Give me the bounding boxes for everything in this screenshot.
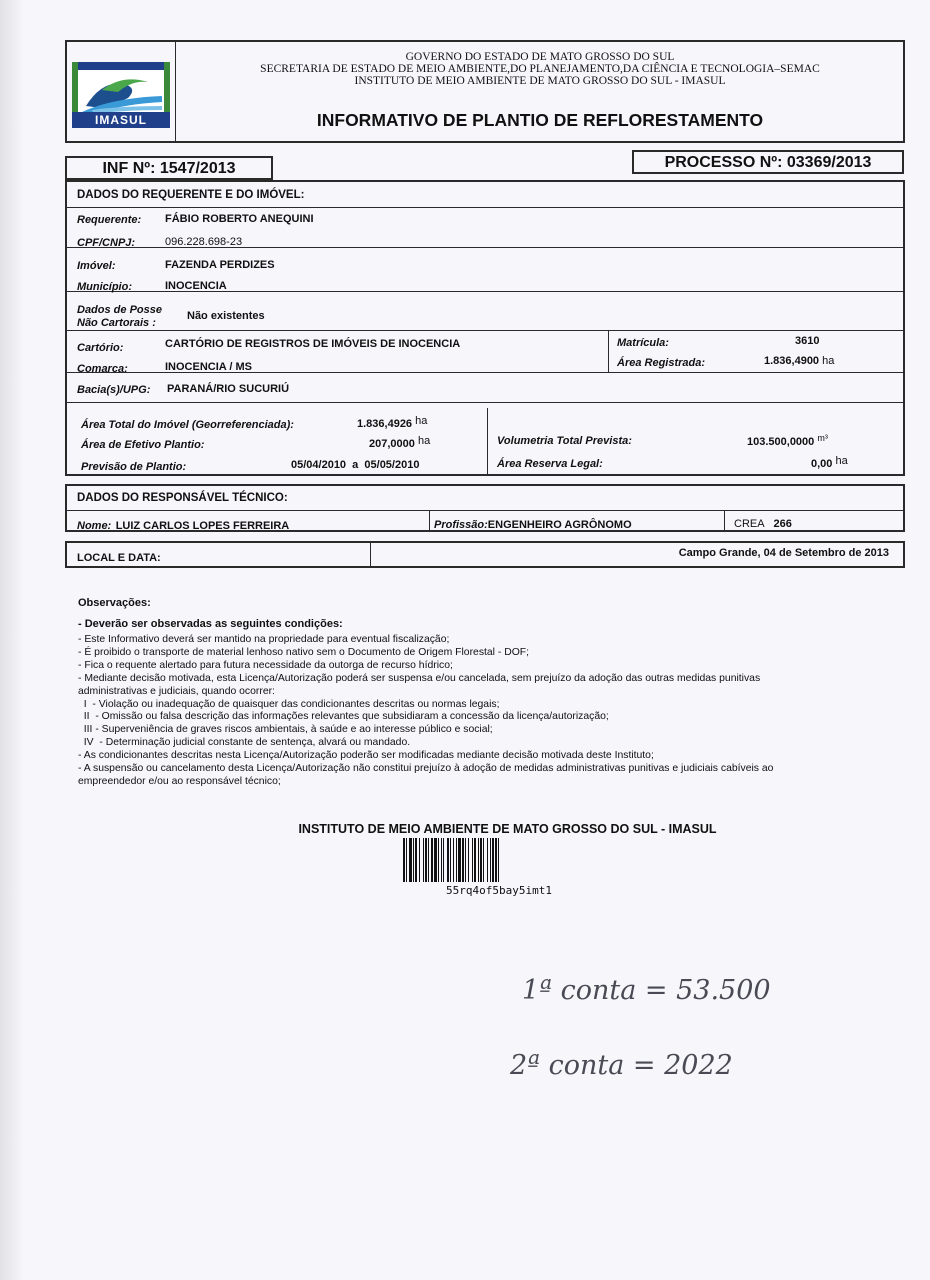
observacao-line: empreendedor e/ou ao responsável técnico… (78, 776, 281, 788)
imasul-logo-icon: IMASUL (72, 62, 170, 128)
profissao-label: Profissão: (434, 519, 488, 531)
nome-value: LUIZ CARLOS LOPES FERREIRA (116, 520, 290, 532)
observacao-line: - Este Informativo deverá ser mantido na… (78, 634, 449, 646)
imovel-value: FAZENDA PERDIZES (165, 259, 275, 271)
observacao-line: - A suspensão ou cancelamento desta Lice… (78, 763, 773, 775)
reserva-value: 0,00 (811, 458, 832, 470)
area-plantio-unit: ha (418, 435, 430, 447)
cpf-label: CPF/CNPJ: (77, 237, 135, 249)
bacia-value: PARANÁ/RIO SUCURIÚ (167, 383, 289, 395)
reserva-label: Área Reserva Legal: (497, 458, 603, 470)
observacao-line: - Mediante decisão motivada, esta Licenç… (78, 673, 760, 685)
requerente-table: DADOS DO REQUERENTE E DO IMÓVEL: Requere… (65, 180, 905, 476)
posse-label-2: Não Cartorais : (77, 317, 156, 329)
matricula-label: Matrícula: (617, 337, 669, 349)
previsao-value: 05/04/2010 a 05/05/2010 (291, 459, 419, 471)
area-registrada-value: 1.836,4900 (764, 355, 819, 367)
area-total-value: 1.836,4926 (357, 418, 412, 430)
previsao-label: Previsão de Plantio: (81, 461, 186, 473)
area-registrada-label: Área Registrada: (617, 357, 705, 369)
volumetria-value: 103.500,0000 (747, 436, 814, 448)
observacao-line: III - Superveniência de graves riscos am… (78, 724, 493, 736)
observacao-line: administrativas e judiciais, quando ocor… (78, 686, 275, 698)
observacao-line: I - Violação ou inadequação de quaisquer… (78, 699, 499, 711)
reserva-unit: ha (835, 455, 847, 467)
barcode-icon (403, 838, 595, 882)
area-total-label: Área Total do Imóvel (Georreferenciada): (81, 419, 294, 431)
observacao-line: - As condicionantes descritas nesta Lice… (78, 750, 654, 762)
local-data-label: LOCAL E DATA: (77, 552, 161, 564)
area-registrada-unit: ha (822, 355, 834, 367)
barcode-text: 55rq4of5bay5imt1 (403, 884, 595, 897)
handwritten-note-2: 2ª conta = 2022 (510, 1050, 733, 1081)
posse-value: Não existentes (187, 310, 265, 322)
area-total-unit: ha (415, 415, 427, 427)
document-title: INFORMATIVO DE PLANTIO DE REFLORESTAMENT… (175, 110, 905, 131)
volumetria-label: Volumetria Total Prevista: (497, 435, 632, 447)
municipio-label: Município: (77, 281, 132, 293)
section-heading-requerente: DADOS DO REQUERENTE E DO IMÓVEL: (77, 189, 304, 201)
handwritten-note-1: 1ª conta = 53.500 (522, 975, 771, 1006)
cartorio-value: CARTÓRIO DE REGISTROS DE IMÓVEIS DE INOC… (165, 338, 460, 350)
cartorio-label: Cartório: (77, 342, 123, 354)
crea-value: 266 (773, 518, 791, 530)
imovel-label: Imóvel: (77, 260, 116, 272)
institute-name: INSTITUTO DE MEIO AMBIENTE DE MATO GROSS… (0, 822, 930, 836)
area-plantio-value: 207,0000 (369, 438, 415, 450)
observacao-line: II - Omissão ou falsa descrição das info… (78, 711, 609, 723)
observacoes-heading: Observações: (78, 597, 151, 609)
scan-edge (0, 0, 22, 1280)
gov-line-3: INSTITUTO DE MEIO AMBIENTE DE MATO GROSS… (175, 76, 905, 87)
nome-label: Nome: (77, 520, 111, 532)
inf-number: INF Nº: 1547/2013 (65, 156, 273, 180)
observacao-line: - Fica o requente alertado para futura n… (78, 660, 453, 672)
gov-line-1: GOVERNO DO ESTADO DE MATO GROSSO DO SUL (175, 52, 905, 63)
matricula-value: 3610 (795, 335, 819, 347)
observacao-line: IV - Determinação judicial constante de … (78, 737, 410, 749)
local-data-row: LOCAL E DATA: Campo Grande, 04 de Setemb… (65, 541, 905, 568)
volumetria-unit: m³ (817, 433, 828, 443)
comarca-label: Comarca: (77, 363, 128, 375)
processo-number: PROCESSO Nº: 03369/2013 (632, 150, 904, 174)
profissao-value: ENGENHEIRO AGRÔNOMO (488, 519, 632, 531)
responsavel-table: DADOS DO RESPONSÁVEL TÉCNICO: Nome: LUIZ… (65, 484, 905, 532)
crea-label: CREA (734, 518, 765, 530)
section-heading-responsavel: DADOS DO RESPONSÁVEL TÉCNICO: (77, 492, 288, 504)
bacia-label: Bacia(s)/UPG: (77, 384, 150, 396)
requerente-value: FÁBIO ROBERTO ANEQUINI (165, 213, 314, 225)
gov-line-2: SECRETARIA DE ESTADO DE MEIO AMBIENTE,DO… (175, 64, 905, 75)
requerente-label: Requerente: (77, 214, 141, 226)
municipio-value: INOCENCIA (165, 280, 227, 292)
observacao-line: - É proibido o transporte de material le… (78, 647, 529, 659)
cpf-value: 096.228.698-23 (165, 236, 242, 248)
local-data-value: Campo Grande, 04 de Setembro de 2013 (679, 547, 889, 559)
posse-label-1: Dados de Posse (77, 304, 162, 316)
document-header: IMASUL GOVERNO DO ESTADO DE MATO GROSSO … (65, 40, 905, 143)
logo-cell: IMASUL (67, 42, 176, 141)
comarca-value: INOCENCIA / MS (165, 361, 252, 373)
area-plantio-label: Área de Efetivo Plantio: (81, 439, 204, 451)
observacoes-subheading: - Deverão ser observadas as seguintes co… (78, 618, 343, 630)
